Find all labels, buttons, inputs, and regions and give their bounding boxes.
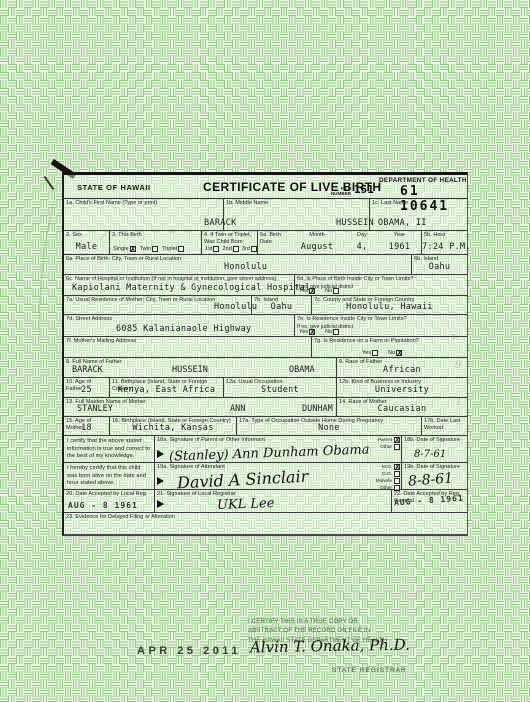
field-label: 3. This Birth [110,231,201,240]
checkbox-yes [372,350,378,356]
certification-text: I certify that the above stated informat… [64,436,154,463]
file-number: 151 [354,183,374,196]
mother-middle-name: ANN [230,404,245,414]
checkbox-do [394,471,400,477]
field-7b: 7b. Island Oahu [252,296,312,314]
field-11: 11. Birthplace (Island, State or Foreign… [110,378,224,397]
field-value: BARACK [64,218,223,228]
row-residence: 7a. Usual Residence of Mother: City, Tow… [64,296,467,315]
attendant-date: 8-8-61 [407,470,453,489]
field-value: Caucasian [337,404,467,414]
field-22: 22. Date Accepted by Reg. General AUG - … [392,490,467,512]
father-first-name: BARACK [72,365,103,375]
option-label: Midwife [376,479,392,484]
state-registrar-title: STATE REGISTRAR [332,667,407,674]
option-label: D.O. [382,472,392,477]
field-19b: 19b. Date of Signature 8-8-61 [402,463,467,489]
option-label: 3rd [242,246,250,252]
checkbox-2nd [233,246,239,252]
field-12a: 12a. Usual Occupation Student [224,378,337,397]
option-label: Yes [362,350,371,356]
option-label: Single [113,246,129,252]
checkbox-parent [394,437,400,443]
field-label: 5a. Birth Date [258,231,288,254]
checkbox-other [394,444,400,450]
checkbox-no [333,288,339,294]
option-label: 2nd [222,246,231,252]
field-7e: 7e. Is Residence Inside City or Town Lim… [295,315,467,336]
field-6c: 6c. Name of Hospital or Institution (If … [64,275,295,295]
row-father-name: 8. Full Name of Father BARACK HUSSEIN OB… [64,358,467,378]
mother-first-name: STANLEY [77,404,113,414]
option-label: Yes [299,288,308,294]
field-20: 20. Date Accepted by Local Reg. AUG - 8 … [64,490,155,512]
informant-certification: I certify that the above stated informat… [64,436,155,462]
field-label: 20. Date Accepted by Local Reg. [64,490,154,499]
checkbox-twin [152,246,158,252]
father-last-name: OBAMA [289,365,315,375]
checkbox-yes [309,329,315,335]
scanned-birth-certificate-page: / x x 9 > 1 STATE OF HAWAII CERTIFICATE … [0,0,530,702]
field-value: OBAMA, II [370,218,467,228]
state-name: STATE OF HAWAII [77,183,151,192]
field-7f: 7f. Mother's Mailing Address [64,337,312,357]
field-12b: 12b. Kind of Business or Industry Univer… [337,378,467,397]
field-7a: 7a. Usual Residence of Mother: City, Tow… [64,296,252,314]
field-19a: 19a. Signature of Attendant David A Sinc… [155,463,402,489]
field-value: Male [64,242,109,252]
field-value: Honolulu [64,262,411,272]
field-2: 2. Sex Male [64,231,110,254]
row-delayed-filing: 23. Evidence for Delayed Filing or Alter… [64,513,467,535]
field-1b: 1b. Middle Name HUSSEIN [224,199,370,230]
checkbox-single [130,246,136,252]
option-label: No [325,329,332,335]
field-label: 23. Evidence for Delayed Filing or Alter… [64,513,467,522]
field-label: 18b. Date of Signature [402,436,467,445]
field-value: Oahu [252,302,311,312]
field-5b: 5b. Hour 7:24 P.M. [422,231,467,254]
row-sex-birth: 2. Sex Male 3. This Birth Single Twin Tr… [64,231,467,255]
received-date-stamp: APR 25 2011 [137,645,241,657]
field-label: 6d. Is Place of Birth Inside City or Tow… [295,275,467,284]
field-18b: 18b. Date of Signature 8-7-61 [402,436,467,462]
field-14: 14. Race of Mother Caucasian [337,398,467,416]
field-value: Oahu [412,262,467,272]
father-middle-name: HUSSEIN [172,365,208,375]
field-value: Wichita, Kansas [110,423,236,433]
checkbox-yes [309,288,315,294]
month-label: Month [288,231,346,240]
row-place-of-birth: 6a. Place of Birth: City, Town or Rural … [64,255,467,275]
row-mother-name: 13. Full Maiden Name of Mother STANLEY A… [64,398,467,417]
field-6b: 6b. Island Oahu [412,255,467,274]
field-value: HUSSEIN [224,218,369,228]
field-21: 21. Signature of Local Registrar UKL Lee [155,490,392,512]
field-value: 18 [64,423,109,433]
file-number-label: FILE NUMBER [327,186,351,197]
field-label: 7e. Is Residence Inside City or Town Lim… [295,315,467,324]
checkbox-no [396,350,402,356]
option-label: No [325,288,332,294]
field-label: 7g. Is Residence on a Farm or Plantation… [312,337,467,346]
field-15: 15. Age of Mother 18 [64,417,110,435]
form-header: STATE OF HAWAII CERTIFICATE OF LIVE BIRT… [64,175,467,199]
year-value: 1961 [378,242,421,252]
field-label: 1c. Last Name [370,199,467,208]
field-value: 6085 Kalanianaole Highway [64,324,294,334]
checkbox-md [394,464,400,470]
field-10: 10. Age of Father 25 [64,378,110,397]
field-label: 5b. Hour [422,231,467,240]
department-name: DEPARTMENT OF HEALTH [379,177,467,184]
row-attendant-signature: I hereby certify that this child was bor… [64,463,467,490]
signature-arrow-icon [157,477,164,485]
state-registrar-signature: Alvin T. Onaka, Ph.D. [250,636,410,657]
field-6a: 6a. Place of Birth: City, Town or Rural … [64,255,412,274]
field-value: 25 [64,385,109,395]
row-hospital: 6c. Name of Hospital or Institution (If … [64,275,467,296]
field-6d: 6d. Is Place of Birth Inside City or Tow… [295,275,467,295]
row-registrar: 20. Date Accepted by Local Reg. AUG - 8 … [64,490,467,513]
certification-text: I hereby certify that this child was bor… [64,463,154,490]
certification-line: I CERTIFY THIS IS A TRUE COPY OR [248,618,387,627]
field-value: Kapiolani Maternity & Gynecological Hosp… [64,283,294,293]
field-7c: 7c. County and State or Foreign Country … [312,296,467,314]
row-informant-signature: I certify that the above stated informat… [64,436,467,463]
option-label: Triplet [162,246,177,252]
row-street-address: 7d. Street Address 6085 Kalanianaole Hig… [64,315,467,337]
field-18a: 18a. Signature of Parent or Other Inform… [155,436,402,462]
mother-last-name: DUNHAM [302,404,333,414]
field-label: 1a. Child's First Name (Type or print) [64,199,223,208]
field-value: Honolulu, Hawaii [312,302,467,312]
field-4: 4. If Twin or Triplet, Was Child Born 1s… [202,231,258,254]
field-label: 19b. Date of Signature [402,463,467,472]
field-5a: 5a. Birth Date Month August Day 4, Year … [258,231,422,254]
field-8: 8. Full Name of Father BARACK HUSSEIN OB… [64,358,337,377]
year-label: Year [378,231,421,240]
certificate-form: STATE OF HAWAII CERTIFICATE OF LIVE BIRT… [62,172,468,536]
field-1c: 1c. Last Name OBAMA, II [370,199,467,230]
field-label: 4. If Twin or Triplet, Was Child Born [202,231,257,246]
option-label: Yes [299,329,308,335]
checkbox-1st [213,246,219,252]
month-value: August [288,242,346,252]
field-value: University [337,385,467,395]
day-value: 4, [346,242,378,252]
field-label: 2. Sex [64,231,109,240]
corner-fold-mark [44,176,55,190]
row-mailing-address: 7f. Mother's Mailing Address 7g. Is Resi… [64,337,467,358]
field-label: 1b. Middle Name [224,199,369,208]
field-13: 13. Full Maiden Name of Mother STANLEY A… [64,398,337,416]
signature-arrow-icon [157,500,164,508]
signature-arrow-icon [157,450,164,458]
informant-date: 8-7-61 [414,449,446,460]
field-9: 9. Race of Father African [337,358,467,377]
option-label: M.D. [382,465,392,470]
field-label: 7f. Mother's Mailing Address [64,337,311,346]
option-label: Twin [140,246,152,252]
row-father-details: 10. Age of Father 25 11. Birthplace (Isl… [64,378,467,398]
local-registrar-date-stamp: AUG - 8 1961 [68,501,138,510]
row-mother-details: 15. Age of Mother 18 16. Birthplace (Isl… [64,417,467,436]
checkbox-triplet [178,246,184,252]
option-label: No [388,350,395,356]
row-child-name: 1a. Child's First Name (Type or print) B… [64,199,467,231]
field-label: 7d. Street Address [64,315,294,324]
checkbox-no [333,329,339,335]
field-value: Kenya, East Africa [110,385,223,395]
field-7d: 7d. Street Address 6085 Kalanianaole Hig… [64,315,295,336]
field-value: African [337,365,467,375]
field-23: 23. Evidence for Delayed Filing or Alter… [64,513,467,534]
local-registrar-signature: UKL Lee [217,496,275,513]
option-label: Other [380,445,392,450]
attendant-certification: I hereby certify that this child was bor… [64,463,155,489]
field-17b: 17b. Date Last Worked [422,417,467,435]
field-value: Honolulu [64,302,251,312]
option-label: Parent [378,438,392,443]
field-label: 17b. Date Last Worked [422,417,467,432]
field-1a: 1a. Child's First Name (Type or print) B… [64,199,224,230]
field-value: Student [224,385,336,395]
informant-signature: (Stanley) Ann Dunham Obama [169,443,370,465]
field-17a: 17a. Type of Occupation Outside Home Dur… [237,417,422,435]
field-3: 3. This Birth Single Twin Triplet [110,231,202,254]
field-7g: 7g. Is Residence on a Farm or Plantation… [312,337,467,357]
field-16: 16. Birthplace (Island, State or Foreign… [110,417,237,435]
field-value: 7:24 P.M. [422,242,467,252]
checkbox-3rd [251,246,257,252]
option-label: 1st [205,246,212,252]
checkbox-midwife [394,478,400,484]
certification-line: ABSTRACT OF THE RECORD ON FILE IN [248,627,387,636]
field-value: None [237,423,421,433]
day-label: Day [346,231,378,240]
